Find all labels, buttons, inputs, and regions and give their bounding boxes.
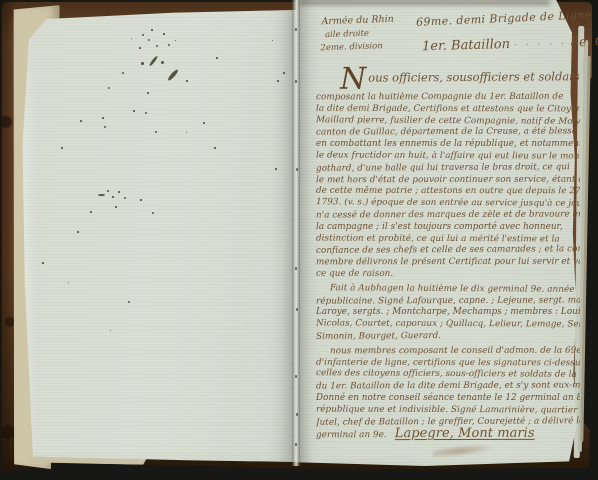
ink-spot — [110, 330, 111, 331]
ink-spot — [186, 80, 188, 82]
ink-spot — [115, 206, 117, 208]
ink-spot — [102, 117, 104, 119]
manuscript-line: la dite demi Brigade, Certifions et atte… — [316, 104, 580, 116]
manuscript-line: ce que de raison. — [316, 269, 580, 281]
ink-spot — [203, 122, 205, 124]
ink-spot — [167, 68, 179, 81]
ink-spot — [145, 112, 147, 114]
ink-spot — [147, 92, 149, 94]
manuscript-line: germinal an 9e.Lapegre, Mont maris — [316, 428, 580, 442]
stitch-dot — [295, 443, 297, 446]
stitch-dot — [296, 308, 298, 311]
manuscript-line: Laroye, sergts. ; Montcharpe, Mechamps ;… — [316, 307, 580, 319]
ink-spot — [5, 51, 10, 55]
ink-spot — [163, 33, 165, 35]
manuscript-line: Nous officiers, sousofficiers et soldats — [340, 64, 580, 93]
manuscript-line: le met hors d'état de pouvoir continuer … — [316, 174, 580, 186]
stitch-dot — [296, 413, 298, 416]
ink-spot — [148, 39, 150, 41]
manuscript-line: le deux fructidor an huit, à l'affaire q… — [316, 150, 580, 163]
manuscript-line: Fait à Aubhagen la huitième le dix germi… — [330, 283, 580, 296]
ink-spot — [80, 120, 82, 122]
ink-spot — [139, 47, 141, 49]
ink-spot — [90, 211, 92, 213]
ink-spot — [151, 29, 153, 31]
stitch-dot — [296, 168, 298, 171]
ink-spot — [61, 147, 63, 149]
ink-spot — [124, 197, 126, 199]
ink-spot — [149, 55, 159, 66]
manuscript-scan: Armée du Rhin aile droite 2eme. division… — [0, 0, 598, 480]
manuscript-line: république une et indivisible. Signé Lam… — [316, 404, 580, 417]
ink-spot — [275, 168, 277, 170]
ink-spot — [108, 87, 110, 89]
ink-spot — [216, 57, 218, 59]
ink-spot — [118, 191, 120, 193]
ink-spot — [155, 131, 157, 133]
ink-spot — [42, 262, 44, 264]
division-name: 2eme. division — [320, 40, 395, 56]
ink-spot — [272, 40, 273, 41]
leader-dots: · · · · · — [514, 39, 567, 50]
ink-spot — [133, 110, 135, 112]
stitch-dot — [295, 267, 297, 270]
ink-spot — [214, 147, 216, 149]
ink-spot — [68, 282, 69, 283]
manuscript-line: Donné en notre conseil séance tenante le… — [316, 393, 580, 405]
manuscript-body: Nous officiers, sousofficiers et soldats… — [316, 64, 580, 442]
ink-spot — [122, 72, 124, 74]
ink-spot — [128, 301, 130, 303]
manuscript-line: membre délivrons le présent Certificat p… — [316, 257, 580, 269]
battalion-label: 1er. Bataillon — [422, 37, 510, 54]
ink-spot — [104, 126, 106, 128]
manuscript-line: républicaine. Signé Lafourque, capne. ; … — [316, 295, 580, 308]
army-name: Armée du Rhin — [321, 13, 394, 30]
ink-spot — [152, 212, 154, 214]
ink-spot — [107, 190, 109, 192]
stitch-dot — [295, 375, 297, 378]
manuscript-line: en combattant les ennemis de la républiq… — [316, 139, 580, 151]
stitch-dot — [295, 28, 297, 31]
ink-spot — [141, 62, 144, 65]
manuscript-line: du 1er. Bataillon de la dite demi Brigad… — [316, 381, 580, 394]
ink-spot — [77, 231, 79, 233]
company-label: 8e. Compagnie — [571, 33, 598, 51]
ink-spot — [161, 61, 164, 64]
manuscript-line: canton de Guillac, département de la Cre… — [316, 127, 580, 140]
ink-spot — [168, 44, 170, 46]
ink-spot — [277, 80, 279, 82]
ink-spot — [140, 199, 142, 201]
signature: Lapegre, Mont maris — [395, 426, 535, 441]
ink-spot — [142, 34, 144, 36]
ink-spot — [98, 194, 105, 196]
manuscript-line: nous membres composant le conseil d'admo… — [330, 345, 580, 357]
stitch-dot — [295, 80, 297, 83]
ink-spot — [175, 40, 176, 41]
manuscript-line: composant la huitième Compagnie du 1er. … — [316, 92, 580, 104]
manuscript-line: Simonin, Bourget, Guerard. — [316, 330, 580, 343]
manuscript-line: gothard, d'une balle qui lui traversa le… — [316, 162, 580, 175]
unit-header-block: Armée du Rhin aile droite 2eme. division — [321, 13, 395, 55]
manuscript-line: n'a cessé de donner des marques de zèle … — [316, 209, 580, 222]
ink-spot — [131, 38, 132, 39]
ink-spot — [112, 196, 114, 198]
manuscript-line: la campagne ; il s'est toujours comporté… — [316, 222, 580, 234]
ink-spot — [283, 72, 285, 74]
ink-spot — [186, 132, 187, 133]
ink-spot — [156, 45, 158, 47]
